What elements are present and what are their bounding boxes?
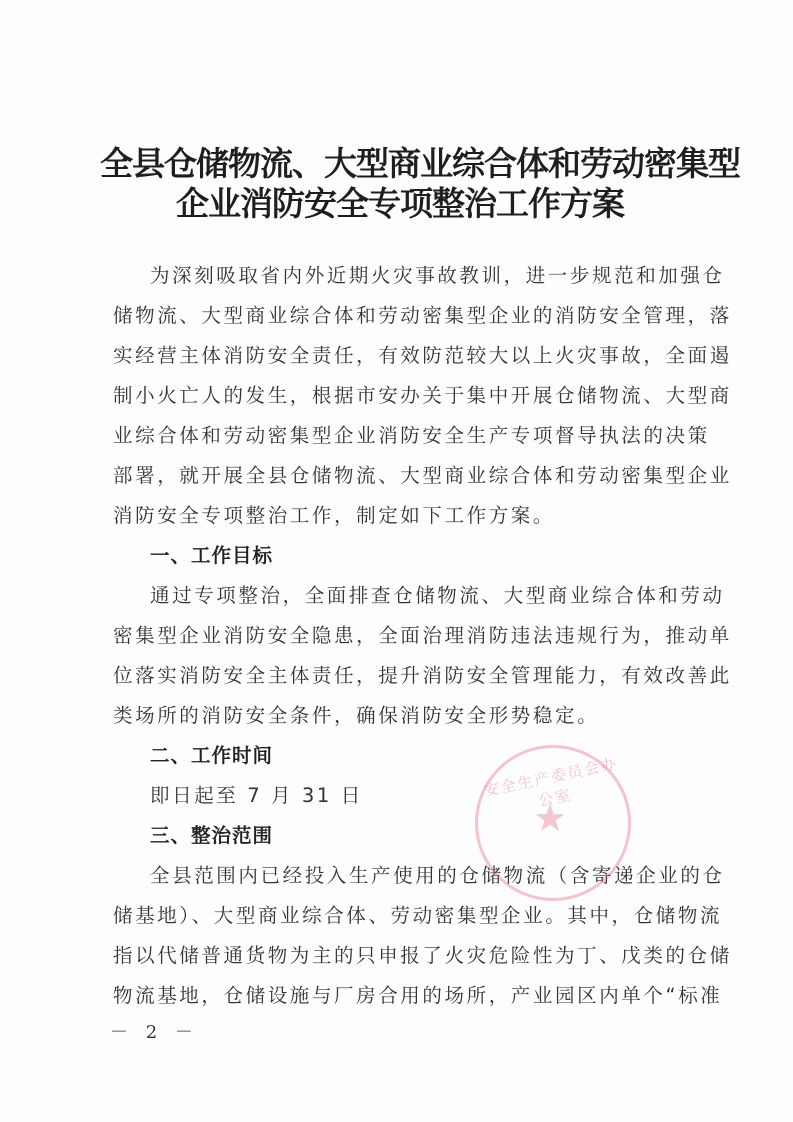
page-number: － 2 －: [110, 1018, 199, 1044]
document-page: 全县仓储物流、大型商业综合体和劳动密集型 企业消防安全专项整治工作方案 为深刻吸…: [0, 0, 793, 1122]
intro-paragraph-line: 储物流、大型商业综合体和劳动密集型企业的消防安全管理，落: [113, 302, 693, 330]
intro-paragraph-line: 部署，就开展全县仓储物流、大型商业综合体和劳动密集型企业: [113, 462, 693, 490]
section-paragraph-line: 全县范围内已经投入生产使用的仓储物流（含寄递企业的仓: [150, 862, 730, 890]
section-heading-goals: 一、工作目标: [150, 542, 273, 570]
intro-paragraph-line: 为深刻吸取省内外近期火灾事故教训，进一步规范和加强仓: [150, 262, 730, 290]
intro-paragraph-line: 业综合体和劳动密集型企业消防安全生产专项督导执法的决策: [113, 422, 693, 450]
intro-paragraph-line: 消防安全专项整治工作，制定如下工作方案。: [113, 502, 693, 530]
section-paragraph-line: 密集型企业消防安全隐患，全面治理消防违法违规行为，推动单: [113, 622, 693, 650]
section-paragraph-line: 物流基地，仓储设施与厂房合用的场所，产业园区内单个“标准: [113, 982, 693, 1010]
intro-paragraph-line: 实经营主体消防安全责任，有效防范较大以上火灾事故，全面遏: [113, 342, 693, 370]
section-paragraph-line: 储基地）、大型商业综合体、劳动密集型企业。其中，仓储物流: [113, 902, 693, 930]
section-paragraph-line: 位落实消防安全主体责任，提升消防安全管理能力，有效改善此: [113, 662, 693, 690]
document-title-line-2: 企业消防安全专项整治工作方案: [100, 178, 700, 225]
section-paragraph-line: 指以代储普通货物为主的只申报了火灾危险性为丁、戊类的仓储: [113, 942, 693, 970]
section-paragraph-line: 通过专项整治，全面排查仓储物流、大型商业综合体和劳动: [150, 582, 730, 610]
section-paragraph-line: 类场所的消防安全条件，确保消防安全形势稳定。: [113, 702, 693, 730]
section-heading-scope: 三、整治范围: [150, 822, 273, 850]
intro-paragraph-line: 制小火亡人的发生，根据市安办关于集中开展仓储物流、大型商: [113, 382, 693, 410]
section-heading-time: 二、工作时间: [150, 742, 273, 770]
section-paragraph-line: 即日起至 7 月 31 日: [150, 782, 730, 810]
